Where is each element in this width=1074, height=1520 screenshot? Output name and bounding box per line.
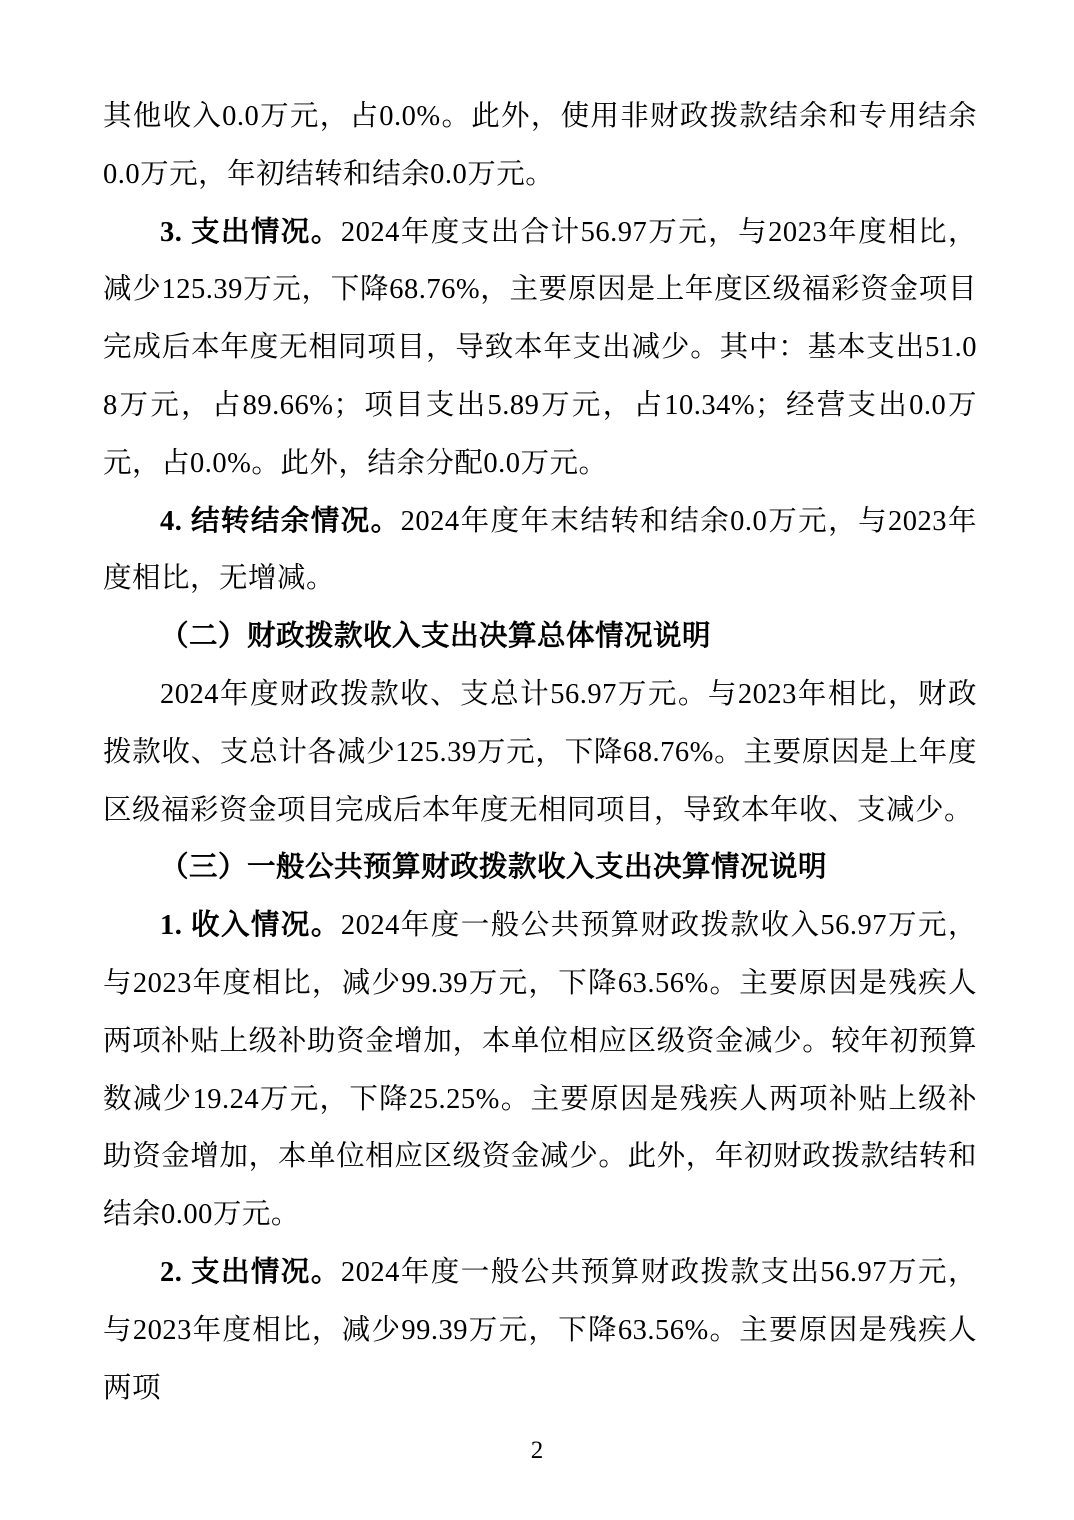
- paragraph-text: 2024年度财政拨款收、支总计56.97万元。与2023年相比，财政拨款收、支总…: [103, 679, 977, 826]
- paragraph-continuation-other-income: 其他收入0.0万元，占0.0%。此外，使用非财政拨款结余和专用结余0.0万元，年…: [103, 88, 977, 204]
- page-number: 2: [0, 1436, 1074, 1466]
- paragraph-text: 2024年度支出合计56.97万元，与2023年度相比，减少125.39万元，下…: [103, 217, 977, 479]
- heading-expenditure: 3. 支出情况。: [160, 217, 341, 248]
- heading-section-3: （三）一般公共预算财政拨款收入支出决算情况说明: [160, 852, 827, 883]
- document-body: 其他收入0.0万元，占0.0%。此外，使用非财政拨款结余和专用结余0.0万元，年…: [103, 88, 977, 1417]
- section-heading-general-public-budget: （三）一般公共预算财政拨款收入支出决算情况说明: [103, 839, 977, 897]
- paragraph-income-situation: 1. 收入情况。2024年度一般公共预算财政拨款收入56.97万元，与2023年…: [103, 897, 977, 1244]
- paragraph-text: 其他收入0.0万元，占0.0%。此外，使用非财政拨款结余和专用结余0.0万元，年…: [103, 101, 977, 190]
- heading-expenditure-2: 2. 支出情况。: [160, 1257, 341, 1288]
- document-page: 其他收入0.0万元，占0.0%。此外，使用非财政拨款结余和专用结余0.0万元，年…: [0, 0, 1074, 1520]
- paragraph-fiscal-appropriation-total: 2024年度财政拨款收、支总计56.97万元。与2023年相比，财政拨款收、支总…: [103, 666, 977, 839]
- paragraph-expenditure-situation: 2. 支出情况。2024年度一般公共预算财政拨款支出56.97万元，与2023年…: [103, 1244, 977, 1417]
- paragraph-carryover-balance: 4. 结转结余情况。2024年度年末结转和结余0.0万元，与2023年度相比，无…: [103, 493, 977, 609]
- heading-section-2: （二）财政拨款收入支出决算总体情况说明: [160, 621, 711, 652]
- paragraph-text: 2024年度一般公共预算财政拨款收入56.97万元，与2023年度相比，减少99…: [103, 910, 977, 1230]
- heading-carryover: 4. 结转结余情况。: [160, 506, 401, 537]
- heading-income: 1. 收入情况。: [160, 910, 341, 941]
- paragraph-expenditure-overview: 3. 支出情况。2024年度支出合计56.97万元，与2023年度相比，减少12…: [103, 204, 977, 493]
- section-heading-fiscal-appropriation: （二）财政拨款收入支出决算总体情况说明: [103, 608, 977, 666]
